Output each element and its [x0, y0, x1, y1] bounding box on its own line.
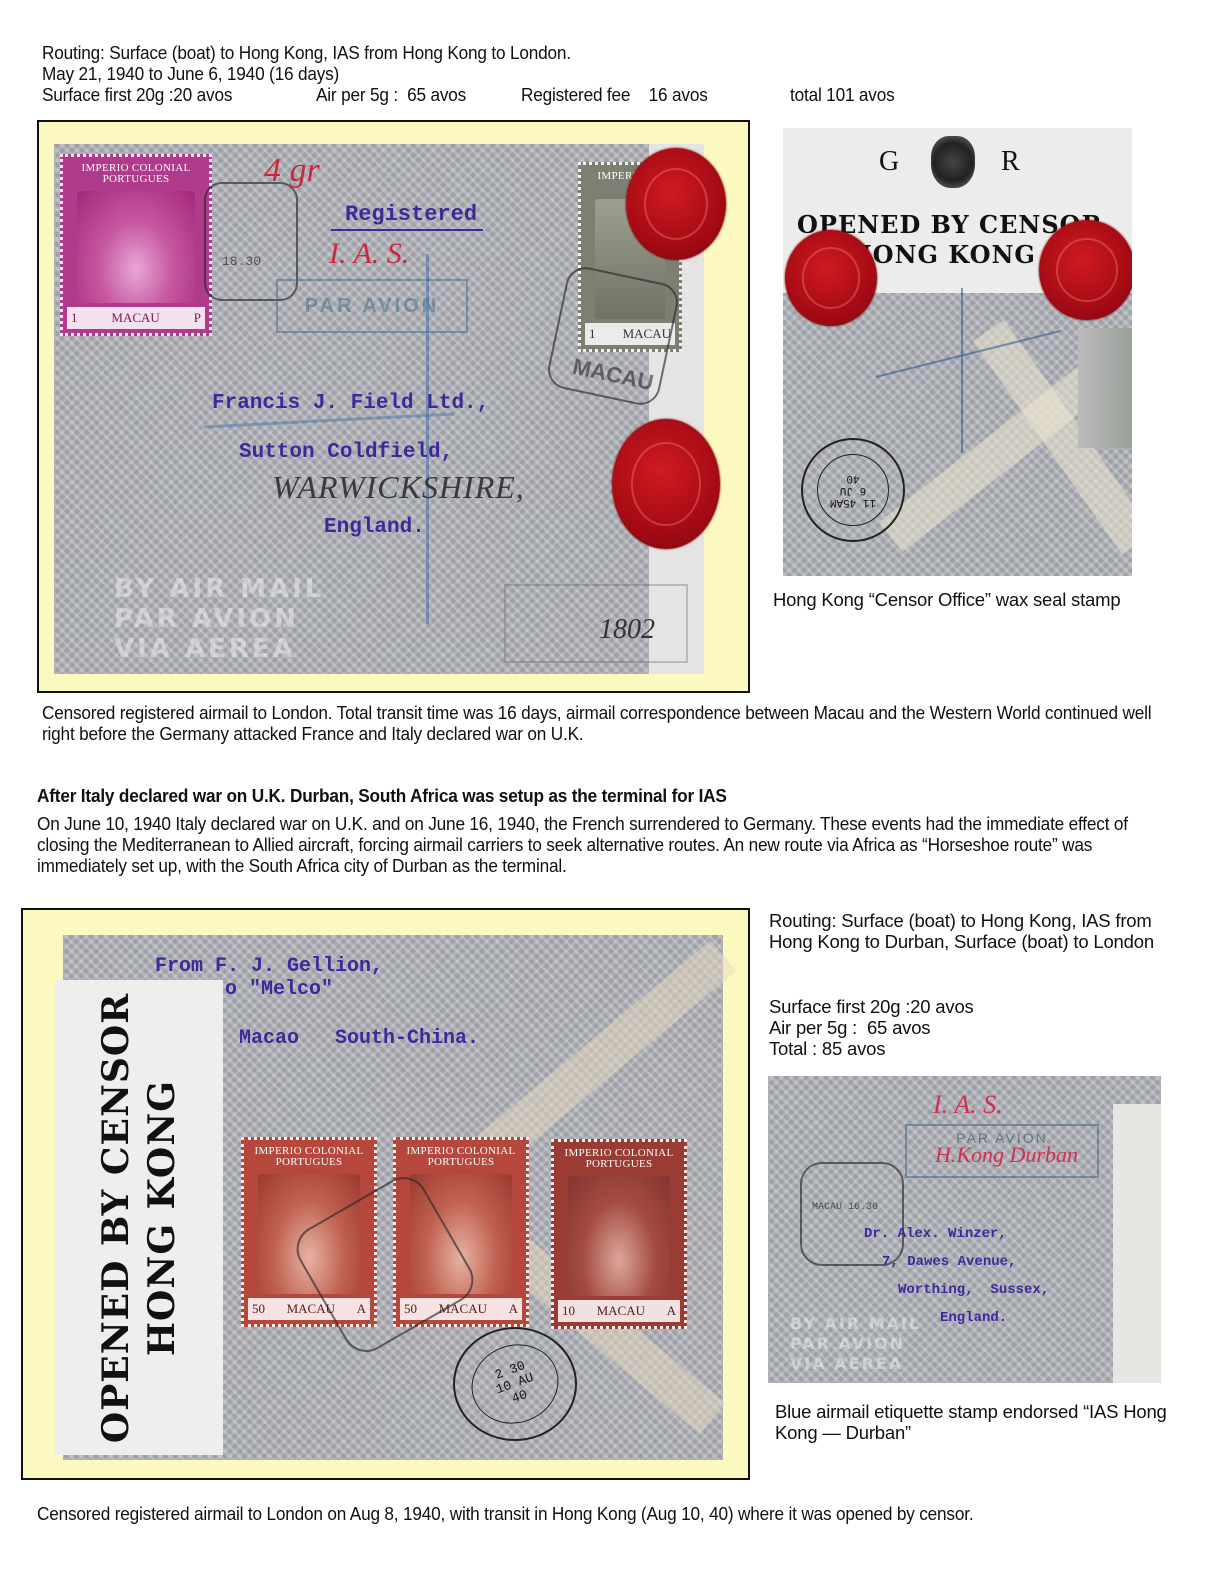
- stamp-suffix: A: [667, 1303, 676, 1319]
- address-line-3: WARWICKSHIRE,: [272, 469, 525, 506]
- address-line-1: Francis J. Field Ltd.,: [212, 392, 489, 415]
- cover1-dates: May 21, 1940 to June 6, 1940 (16 days): [42, 63, 339, 84]
- cover1-reverse-image: G R OPENED BY CENSOR HONG KONG 11 45AM6 …: [783, 128, 1132, 576]
- airmail-etiquette: BY AIR MAILPAR AVIONVIA AEREA: [114, 574, 324, 664]
- address-line-2: Sutton Coldfield,: [239, 441, 453, 464]
- section2-body: On June 10, 1940 Italy declared war on U…: [37, 813, 1162, 876]
- cover1-routing: Routing: Surface (boat) to Hong Kong, IA…: [42, 42, 571, 63]
- cover2-caption: Censored registered airmail to London on…: [37, 1503, 973, 1524]
- censor-strip-line-1: OPENED BY CENSOR: [93, 992, 139, 1442]
- cover1-rate-surface: Surface first 20g :20 avos: [42, 84, 232, 105]
- cover2-routing: Routing: Surface (boat) to Hong Kong, IA…: [769, 910, 1164, 952]
- cover1-caption: Censored registered airmail to London. T…: [42, 702, 1167, 744]
- postmark-time: 18.30: [222, 254, 261, 269]
- sender-line-2: o "Melco": [225, 978, 333, 1001]
- stamp-value: 1: [71, 310, 78, 326]
- address-line-4: England.: [324, 516, 425, 539]
- stamp-header: IMPERIO COLONIAL PORTUGUES: [63, 163, 209, 185]
- wax-seal-left: [785, 230, 877, 326]
- censor-g: G: [879, 146, 899, 178]
- stamp-macau-1-pataca: IMPERIO COLONIAL PORTUGUES 1 MACAU P: [60, 154, 212, 336]
- postmark-macau-hex: [800, 1162, 904, 1266]
- registration-label-strip: [1078, 328, 1132, 448]
- cover1-rate-air: Air per 5g : 65 avos: [316, 84, 466, 105]
- sender-line-1: From F. J. Gellion,: [155, 955, 383, 978]
- censor-line-2: HONG KONG: [849, 240, 1036, 269]
- wax-seal-right: [1039, 220, 1132, 320]
- airmail-etiquette: BY AIR MAILPAR AVIONVIA AEREA: [790, 1314, 921, 1374]
- censor-strip-edge: [1113, 1104, 1161, 1383]
- front2-caption: Blue airmail etiquette stamp endorsed “I…: [775, 1401, 1175, 1443]
- address-line-1: Dr. Alex. Winzer,: [864, 1226, 1007, 1242]
- sender-line-3: Macao South-China.: [239, 1027, 479, 1050]
- censor-strip-line-2: HONG KONG: [139, 992, 185, 1442]
- stamp-value: 10: [562, 1303, 575, 1319]
- royal-coat-of-arms-icon: [931, 136, 975, 188]
- reverse1-caption: Hong Kong “Censor Office” wax seal stamp: [773, 589, 1120, 610]
- cover2-front-image: I. A. S. PAR AVION H.Kong Durban MACAU 1…: [768, 1076, 1161, 1383]
- wax-seal-censor-bottom: [612, 419, 720, 549]
- envelope-front: IMPERIO COLONIAL PORTUGUES 1 MACAU P 18.…: [54, 144, 674, 674]
- address-line-2: 7, Dawes Avenue,: [882, 1254, 1016, 1270]
- cover1-rate-total: total 101 avos: [790, 84, 895, 105]
- cover2-reverse-image: From F. J. Gellion, o "Melco" Macao Sout…: [21, 908, 750, 1480]
- stamp-header: IMPERIO COLONIAL PORTUGUES: [554, 1148, 684, 1170]
- cover2-rate-surface: Surface first 20g :20 avos: [769, 996, 974, 1017]
- stamp-country: MACAU: [111, 310, 159, 326]
- stamp-header: IMPERIO COLONIAL PORTUGUES: [396, 1146, 526, 1168]
- stamp-value: 50: [252, 1301, 265, 1317]
- handwritten-weight: 4 gr: [264, 152, 320, 190]
- wax-seal-censor-top: [626, 148, 726, 260]
- section2-heading: After Italy declared war on U.K. Durban,…: [37, 785, 727, 806]
- par-avion-box: PAR AVION: [276, 279, 468, 333]
- stamp-country: MACAU: [597, 1303, 645, 1319]
- cover2-rate-total: Total : 85 avos: [769, 1038, 885, 1059]
- handwritten-ias: I. A. S.: [933, 1090, 1003, 1120]
- cover1-rate-registered: Registered fee 16 avos: [521, 84, 708, 105]
- cover2-rate-air: Air per 5g : 65 avos: [769, 1017, 930, 1038]
- address-line-3: Worthing, Sussex,: [898, 1282, 1049, 1298]
- cover1-front-image: IMPERIO COLONIAL PORTUGUES 1 MACAU P 18.…: [37, 120, 750, 693]
- backstamp-sutton-coldfield: 11 45AM6 JU40: [801, 438, 905, 542]
- par-avion-box: PAR AVION H.Kong Durban: [905, 1124, 1099, 1178]
- censor-r: R: [1001, 146, 1020, 178]
- address-line-4: England.: [940, 1310, 1007, 1326]
- handwritten-ias: I. A. S.: [329, 237, 409, 271]
- stamp-macau-10-avos: IMPERIO COLONIAL PORTUGUES 10MACAUA: [551, 1139, 687, 1329]
- registration-number: 1802: [599, 614, 655, 646]
- stamp-suffix: A: [509, 1301, 518, 1317]
- registered-label: Registered: [331, 202, 483, 231]
- stamp-header: IMPERIO COLONIAL PORTUGUES: [244, 1146, 374, 1168]
- postmark-text: MACAU 16.30: [812, 1202, 878, 1213]
- censor-strip: OPENED BY CENSOR HONG KONG: [55, 980, 223, 1455]
- postmark-hong-kong: 2 3010 AU40: [453, 1327, 577, 1441]
- handwritten-route: H.Kong Durban: [935, 1142, 1078, 1168]
- stamp-suffix: P: [194, 310, 201, 326]
